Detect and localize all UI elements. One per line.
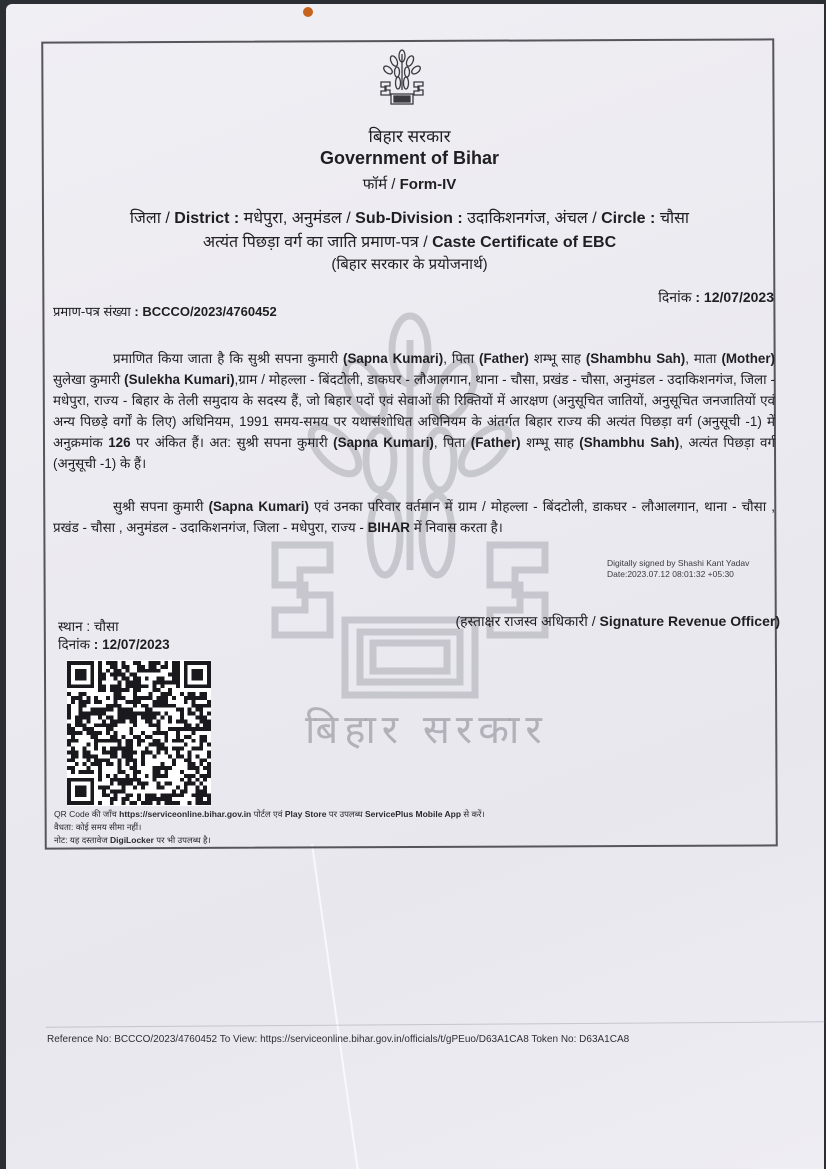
place-line: स्थान : चौसा: [58, 618, 170, 636]
certificate-title-en: Caste Certificate of EBC: [432, 234, 616, 251]
portal-link[interactable]: https://serviceonline.bihar.gov.in: [119, 809, 251, 819]
certificate-number-value: BCCCO/2023/4760452: [142, 304, 276, 319]
district-label-hi: जिला: [130, 210, 161, 227]
qr-verify-note: QR Code की जाँच https://serviceonline.bi…: [54, 808, 485, 821]
signature-label: (हस्ताक्षर राजस्व अधिकारी / Signature Re…: [456, 612, 781, 631]
subdivision-label-en: Sub-Division: [355, 210, 453, 227]
district-label-en: District: [174, 210, 229, 227]
digilocker-note: नोट: यह दस्तावेज DigiLocker पर भी उपलब्ध…: [54, 834, 485, 847]
footer-reference: Reference No: BCCCO/2023/4760452 To View…: [47, 1034, 629, 1045]
certificate-title-hi: अत्यंत पिछड़ा वर्ग का जाति प्रमाण-पत्र: [203, 234, 419, 251]
digital-signature-date: Date:2023.07.12 08:01:32 +05:30: [607, 569, 749, 580]
place-date-line: दिनांक : 12/07/2023: [58, 636, 170, 654]
place-date-block: स्थान : चौसा दिनांक : 12/07/2023: [58, 618, 170, 654]
paper-fold-line: [46, 1021, 826, 1027]
residence-paragraph: सुश्री सपना कुमारी (Sapna Kumari) एवं उन…: [53, 496, 775, 538]
certification-paragraph: प्रमाणित किया जाता है कि सुश्री सपना कुम…: [53, 348, 775, 474]
issue-date: दिनांक : 12/07/2023: [658, 288, 774, 307]
watermark-text: बिहार सरकार: [305, 700, 548, 755]
certificate-number-label: प्रमाण-पत्र संख्या: [53, 304, 131, 319]
certificate-number: प्रमाण-पत्र संख्या : BCCCO/2023/4760452: [53, 302, 277, 320]
circle-value: चौसा: [660, 210, 689, 227]
form-number: फॉर्म / Form-IV: [43, 174, 776, 194]
digital-signature-signer: Digitally signed by Shashi Kant Yadav: [607, 558, 749, 569]
jurisdiction-line: जिला / District : मधेपुरा, अनुमंडल / Sub…: [43, 206, 776, 228]
subdivision-label-hi: अनुमंडल: [292, 210, 342, 227]
header-hindi-title: बिहार सरकार: [43, 124, 776, 147]
certificate-title: अत्यंत पिछड़ा वर्ग का जाति प्रमाण-पत्र /…: [43, 230, 776, 252]
form-english: Form-IV: [400, 176, 457, 193]
certificate-purpose: (बिहार सरकार के प्रयोजनार्थ): [43, 254, 776, 274]
validity-note: वैधता: कोई समय सीमा नहीं।: [54, 821, 485, 834]
issue-date-label: दिनांक: [658, 289, 691, 305]
qr-code-icon[interactable]: [67, 660, 211, 806]
header-english-title: Government of Bihar: [43, 148, 776, 169]
digital-signature: Digitally signed by Shashi Kant Yadav Da…: [607, 558, 749, 580]
bihar-govt-emblem-icon: [378, 48, 426, 106]
subdivision-value: उदाकिशनगंज: [467, 210, 545, 227]
circle-label-en: Circle: [601, 210, 645, 227]
district-value: मधेपुरा: [244, 210, 283, 227]
pin-mark: [303, 7, 313, 17]
qr-notes: QR Code की जाँच https://serviceonline.bi…: [54, 808, 485, 847]
place-value: चौसा: [94, 619, 119, 634]
place-date-value: 12/07/2023: [102, 637, 170, 652]
signature-label-en: Signature Revenue Officer): [600, 613, 781, 629]
issue-date-value: 12/07/2023: [704, 289, 774, 305]
signature-label-hi: (हस्ताक्षर राजस्व अधिकारी /: [456, 613, 600, 629]
form-hindi: फॉर्म: [363, 176, 387, 193]
paper-crease: [311, 844, 359, 1169]
circle-label-hi: अंचल: [555, 210, 588, 227]
